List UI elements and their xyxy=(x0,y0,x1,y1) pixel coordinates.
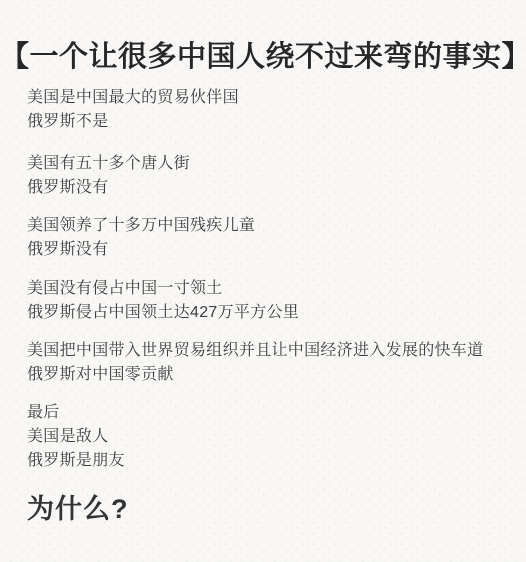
statement-pair-territory: 美国没有侵占中国一寸领土 俄罗斯侵占中国领土达427万平方公里 xyxy=(27,277,510,325)
statement-line-russia: 俄罗斯不是 xyxy=(27,110,510,134)
statement-line-russia: 俄罗斯对中国零贡献 xyxy=(27,363,510,387)
statement-conclusion: 最后 美国是敌人 俄罗斯是朋友 xyxy=(27,401,510,473)
statement-line-us: 美国是中国最大的贸易伙伴国 xyxy=(27,86,510,110)
statement-line-russia: 俄罗斯侵占中国领土达427万平方公里 xyxy=(27,301,510,325)
statement-pair-adoption: 美国领养了十多万中国残疾儿童 俄罗斯没有 xyxy=(27,214,510,262)
statement-line-russia: 俄罗斯没有 xyxy=(27,176,510,200)
page-title: 【一个让很多中国人绕不过来弯的事实】 xyxy=(0,34,526,75)
statement-pair-trade: 美国是中国最大的贸易伙伴国 俄罗斯不是 xyxy=(27,86,510,134)
statement-line-us: 美国领养了十多万中国残疾儿童 xyxy=(27,214,510,238)
conclusion-line-russia-friend: 俄罗斯是朋友 xyxy=(27,449,510,473)
statement-pair-wto: 美国把中国带入世界贸易组织并且让中国经济进入发展的快车道 俄罗斯对中国零贡献 xyxy=(27,339,510,387)
statement-pair-chinatowns: 美国有五十多个唐人街 俄罗斯没有 xyxy=(27,152,510,200)
conclusion-line-finally: 最后 xyxy=(27,401,510,425)
meme-text-page: 【一个让很多中国人绕不过来弯的事实】 美国是中国最大的贸易伙伴国 俄罗斯不是 美… xyxy=(0,0,526,562)
statement-line-us: 美国把中国带入世界贸易组织并且让中国经济进入发展的快车道 xyxy=(27,339,510,363)
statement-line-russia: 俄罗斯没有 xyxy=(27,238,510,262)
conclusion-line-us-enemy: 美国是敌人 xyxy=(27,425,510,449)
statement-line-us: 美国没有侵占中国一寸领土 xyxy=(27,277,510,301)
closing-question: 为什么? xyxy=(27,487,129,526)
statement-line-us: 美国有五十多个唐人街 xyxy=(27,152,510,176)
